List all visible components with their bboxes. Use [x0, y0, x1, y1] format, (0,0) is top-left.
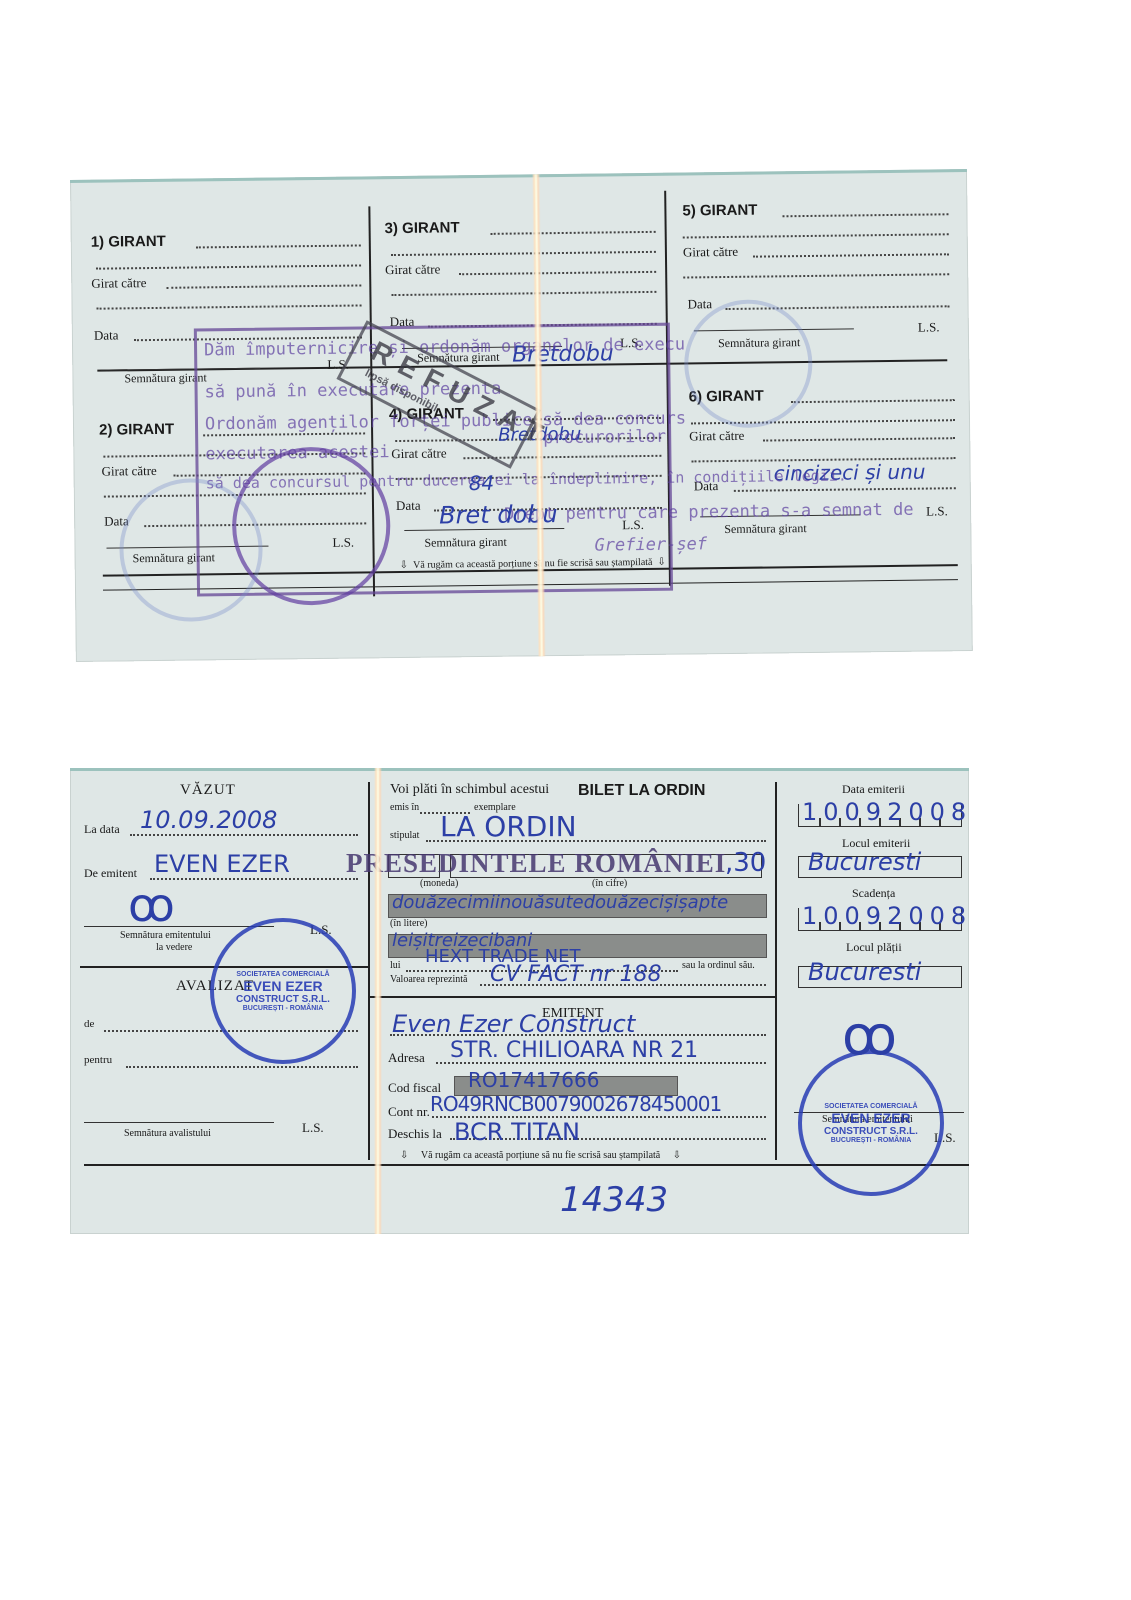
endorser-field[interactable]: [791, 399, 955, 403]
girat-catre-field[interactable]: [753, 253, 949, 257]
aval-signature-label: Semnătura avalistului: [124, 1128, 211, 1139]
cod-fiscal-handwritten: RO17417666: [468, 1068, 599, 1092]
data-emiterii-label: Data emiterii: [842, 782, 905, 797]
deschis-label: Deschis la: [388, 1126, 442, 1142]
handwritten-number: 84: [469, 471, 495, 495]
girat-catre-field-line2[interactable]: [683, 273, 949, 278]
adresa-label: Adresa: [388, 1050, 425, 1066]
girat-catre-field[interactable]: [459, 271, 656, 275]
company-stamp: SOCIETATEA COMERCIALĂ EVEN EZER CONSTRUC…: [798, 1050, 944, 1196]
locul-platii-handwritten: Bucuresti: [808, 958, 921, 986]
data-field[interactable]: [734, 487, 956, 492]
girat-catre-label: Girat către: [91, 275, 146, 292]
amount-figures-handwritten: ,30: [725, 848, 766, 878]
endorser-field-line2[interactable]: [96, 264, 361, 269]
cont-handwritten: RO49RNCB0079002678450001: [430, 1092, 721, 1116]
company-stamp: SOCIETATEA COMERCIALĂ EVEN EZER CONSTRUC…: [210, 918, 356, 1064]
notice-text: Vă rugăm ca această porțiune să nu fie s…: [421, 1150, 660, 1161]
row-divider: [368, 996, 775, 998]
endorser-field[interactable]: [196, 244, 361, 248]
stamp-sub: CONSTRUCT S.R.L.: [236, 994, 330, 1005]
girat-catre-label: Girat către: [683, 244, 738, 261]
emitent-signature-sublabel: la vedere: [156, 942, 192, 953]
de-label: de: [84, 1018, 94, 1030]
stamp-name: EVEN EZER: [243, 978, 322, 994]
stipulat-handwritten: LA ORDIN: [440, 810, 577, 843]
stamp-bottom-arc: BUCUREȘTI - ROMÂNIA: [831, 1137, 912, 1144]
endorser-field-line2[interactable]: [683, 233, 949, 238]
vazut-title: VĂZUT: [180, 782, 236, 799]
scan-artifact: [374, 768, 382, 1234]
document-title: BILET LA ORDIN: [578, 782, 705, 800]
data-label: Data: [94, 327, 119, 343]
column-divider: [775, 782, 777, 1160]
amount-words-line-1: douăzecimiinouăsutedouăzecișișapte: [392, 892, 728, 913]
girat-catre-field[interactable]: [763, 437, 955, 441]
emitent-name-handwritten: Even Ezer Construct: [392, 1010, 635, 1038]
endorsement-number: 2) GIRANT: [99, 421, 174, 439]
emitent-signature-scribble-right: ꝏ: [842, 1004, 897, 1067]
figures-label: (în cifre): [592, 878, 627, 889]
stamp-line: procurorilor: [543, 427, 666, 448]
lui-label: lui: [390, 960, 401, 971]
stamp-line: Drept pentru care prezenta s-a semnat de: [504, 500, 914, 525]
aval-seal-label: L.S.: [302, 1120, 324, 1136]
endorsement-number: 3) GIRANT: [385, 219, 460, 237]
words-label: (în litere): [390, 918, 427, 929]
front-side-sheet: VĂZUT La data 10.09.2008 De emitent EVEN…: [70, 768, 969, 1234]
seal-label: L.S.: [926, 503, 948, 519]
girat-catre-label: Girat către: [689, 428, 744, 445]
endorser-field[interactable]: [491, 231, 656, 235]
scadenta-label: Scadența: [852, 886, 895, 901]
endorsement-block-4: 4) GIRANT Girat către Data L.S. Semnătur…: [70, 169, 967, 180]
valoarea-handwritten: CV FACT nr 188: [490, 962, 662, 987]
data-label: Data: [687, 296, 712, 312]
down-arrow-icon: ⇩: [660, 1150, 681, 1161]
endorsement-block-2: 2) GIRANT Girat către Data L.S. Semnătur…: [70, 169, 967, 180]
emis-label: emis în: [390, 802, 419, 813]
de-emitent-field[interactable]: [150, 878, 358, 880]
endorsement-block-3: 3) GIRANT Girat către Data L.S. Semnătur…: [70, 169, 967, 180]
faint-company-stamp: [119, 478, 264, 623]
endorser-field[interactable]: [782, 213, 948, 217]
girat-catre-field-line2[interactable]: [391, 291, 656, 296]
la-data-handwritten: 10.09.2008: [140, 806, 277, 834]
faint-company-stamp: [684, 299, 814, 429]
back-side-sheet: 1) GIRANT Girat către Data L.S. Semnătur…: [70, 169, 973, 662]
girat-catre-label: Girat către: [385, 261, 440, 278]
deschis-handwritten: BCR TITAN: [454, 1118, 580, 1146]
girat-catre-field-line2[interactable]: [97, 304, 362, 309]
pentru-label: pentru: [84, 1054, 112, 1066]
order-suffix-label: sau la ordinul său.: [682, 960, 755, 971]
la-data-label: La data: [84, 822, 120, 837]
de-emitent-handwritten: EVEN EZER: [154, 850, 290, 878]
seal-label: L.S.: [918, 319, 940, 335]
signature-label: Semnătura girant: [724, 521, 806, 537]
down-arrow-icon: ⇩: [400, 1150, 421, 1161]
stamp-line: Grefier-șef: [594, 534, 707, 555]
data-emiterii-handwritten: 10092008: [802, 798, 972, 826]
stipulat-label: stipulat: [390, 830, 419, 841]
locul-emiterii-handwritten: Bucuresti: [808, 848, 921, 876]
aval-signature-line: [84, 1122, 274, 1123]
endorsement-block-5: 5) GIRANT Girat către Data L.S. Semnătur…: [70, 169, 967, 180]
cont-label: Cont nr.: [388, 1104, 430, 1120]
stamp-top-arc: SOCIETATEA COMERCIALĂ: [824, 1103, 917, 1110]
intro-text: Voi plăti în schimbul acestui: [390, 782, 549, 798]
column-divider: [368, 782, 370, 1160]
emitent-signature-scribble-left: ꝏ: [128, 878, 175, 932]
serial-handwritten: 14343: [560, 1180, 668, 1220]
girat-catre-field[interactable]: [166, 284, 361, 288]
girat-catre-label: Girat către: [101, 463, 156, 480]
adresa-handwritten: STR. CHILIOARA NR 21: [450, 1038, 698, 1063]
beneficiary-overprint: PRESEDINTELE ROMÂNIEI: [346, 848, 726, 879]
no-write-notice: ⇩ Vă rugăm ca această porțiune să nu fie…: [400, 1150, 681, 1161]
stamp-sub: CONSTRUCT S.R.L.: [824, 1126, 918, 1137]
stamp-top-arc: SOCIETATEA COMERCIALĂ: [236, 971, 329, 978]
stamp-bottom-arc: BUCUREȘTI - ROMÂNIA: [243, 1005, 324, 1012]
locul-platii-label: Locul plății: [846, 940, 902, 955]
avalizat-pentru-field[interactable]: [126, 1066, 358, 1068]
endorsement-block-6: 6) GIRANT Girat către Data cincizeci și …: [70, 169, 967, 180]
endorsement-block-1: 1) GIRANT Girat către Data L.S. Semnătur…: [70, 169, 967, 180]
valoarea-label: Valoarea reprezintă: [390, 974, 467, 985]
la-data-field[interactable]: [130, 834, 358, 836]
endorser-field-line2[interactable]: [391, 251, 656, 256]
stamp-name: EVEN EZER: [831, 1110, 910, 1126]
scadenta-handwritten: 10092008: [802, 902, 972, 930]
endorsement-number: 5) GIRANT: [682, 202, 757, 220]
endorsement-number: 1) GIRANT: [91, 233, 166, 251]
currency-label: (moneda): [420, 878, 458, 889]
